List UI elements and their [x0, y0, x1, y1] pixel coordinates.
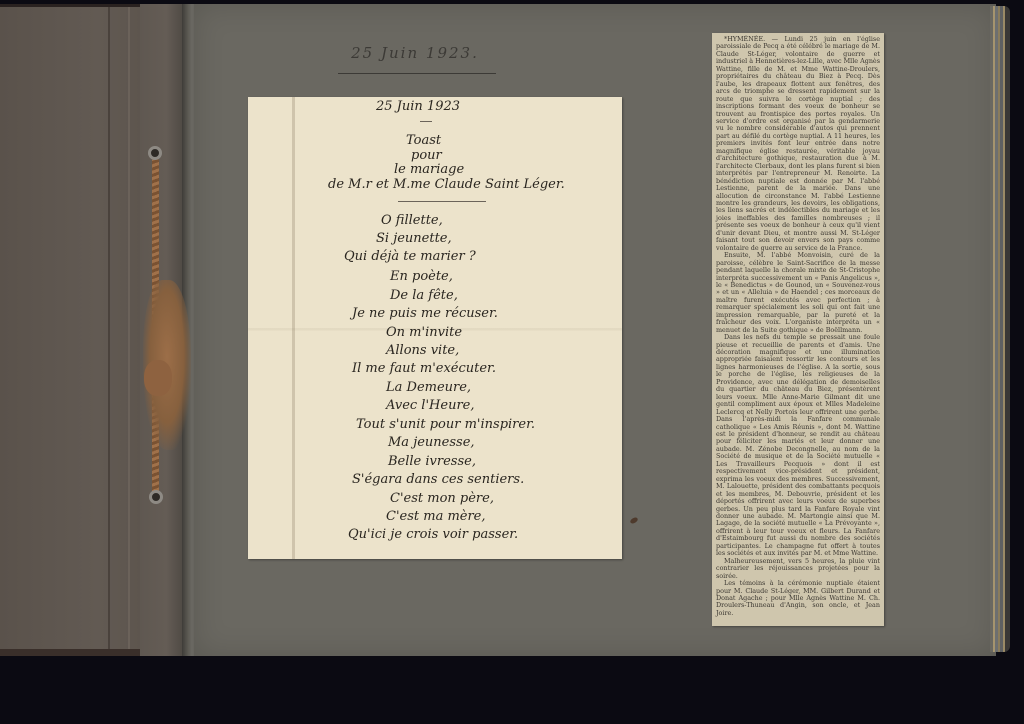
clipping-paragraph: Les témoins à la cérémonie nuptiale étai… [716, 580, 880, 617]
clipping-paragraph: Ensuite, M. l'abbé Monvoisin, curé de la… [716, 252, 880, 334]
verse-line: Qui déjà te marier ? [344, 249, 476, 265]
verse-line: Tout s'unit pour m'inspirer. [356, 417, 535, 433]
verse-line: Allons vite, [386, 343, 459, 359]
letter-date: 25 Juin 1923 [376, 99, 460, 115]
verse-line: Il me faut m'exécuter. [352, 361, 496, 377]
page-date-underline [338, 73, 496, 74]
verse-line: C'est ma mère, [386, 509, 486, 525]
top-grommet-icon [148, 146, 162, 160]
verse-line: On m'invite [386, 325, 462, 341]
scanned-album-spread: 25 Juin 1923. 25 Juin 1923 Toast pour le… [0, 0, 1024, 724]
verse-line: De la fête, [390, 288, 458, 304]
binding-knot-icon [144, 360, 172, 396]
verse-line: En poète, [390, 269, 453, 285]
verse-line: Si jeunette, [376, 231, 452, 247]
verse-line: S'égara dans ces sentiers. [352, 472, 524, 488]
verse-line: C'est mon père, [390, 491, 494, 507]
letter-separator [398, 201, 486, 202]
cover-crease [108, 7, 110, 659]
verse-line: Qu'ici je crois voir passer. [348, 527, 518, 543]
verse-line: Ma jeunesse, [388, 435, 475, 451]
letter-title-line: Toast [406, 133, 441, 149]
verse-line: Avec l'Heure, [386, 398, 475, 414]
verse-line: Belle ivresse, [388, 454, 476, 470]
handwritten-toast-letter: 25 Juin 1923 Toast pour le mariage de M.… [248, 97, 622, 559]
bottom-grommet-icon [149, 490, 163, 504]
letter-title-line: de M.r et M.me Claude Saint Léger. [328, 177, 565, 193]
clipping-paragraph: Dans les nefs du temple se pressait une … [716, 334, 880, 558]
verse-line: O fillette, [381, 213, 443, 229]
album-left-cover [0, 4, 140, 659]
letter-dash [420, 121, 432, 122]
newspaper-clipping: *HYMÉNÉE. — Lundi 25 juin en l'église pa… [712, 33, 884, 626]
letter-title-line: le mariage [394, 162, 464, 178]
verse-line: La Demeure, [386, 380, 471, 396]
page-date-annotation: 25 Juin 1923. [340, 44, 490, 62]
verse-line: Je ne puis me récuser. [352, 306, 498, 322]
clipping-paragraph: Malheureusement, vers 5 heures, la pluie… [716, 558, 880, 580]
page-stack-edges [990, 6, 1010, 652]
scan-background [0, 656, 1024, 724]
cover-crease [128, 7, 130, 659]
clipping-paragraph: *HYMÉNÉE. — Lundi 25 juin en l'église pa… [716, 36, 880, 252]
